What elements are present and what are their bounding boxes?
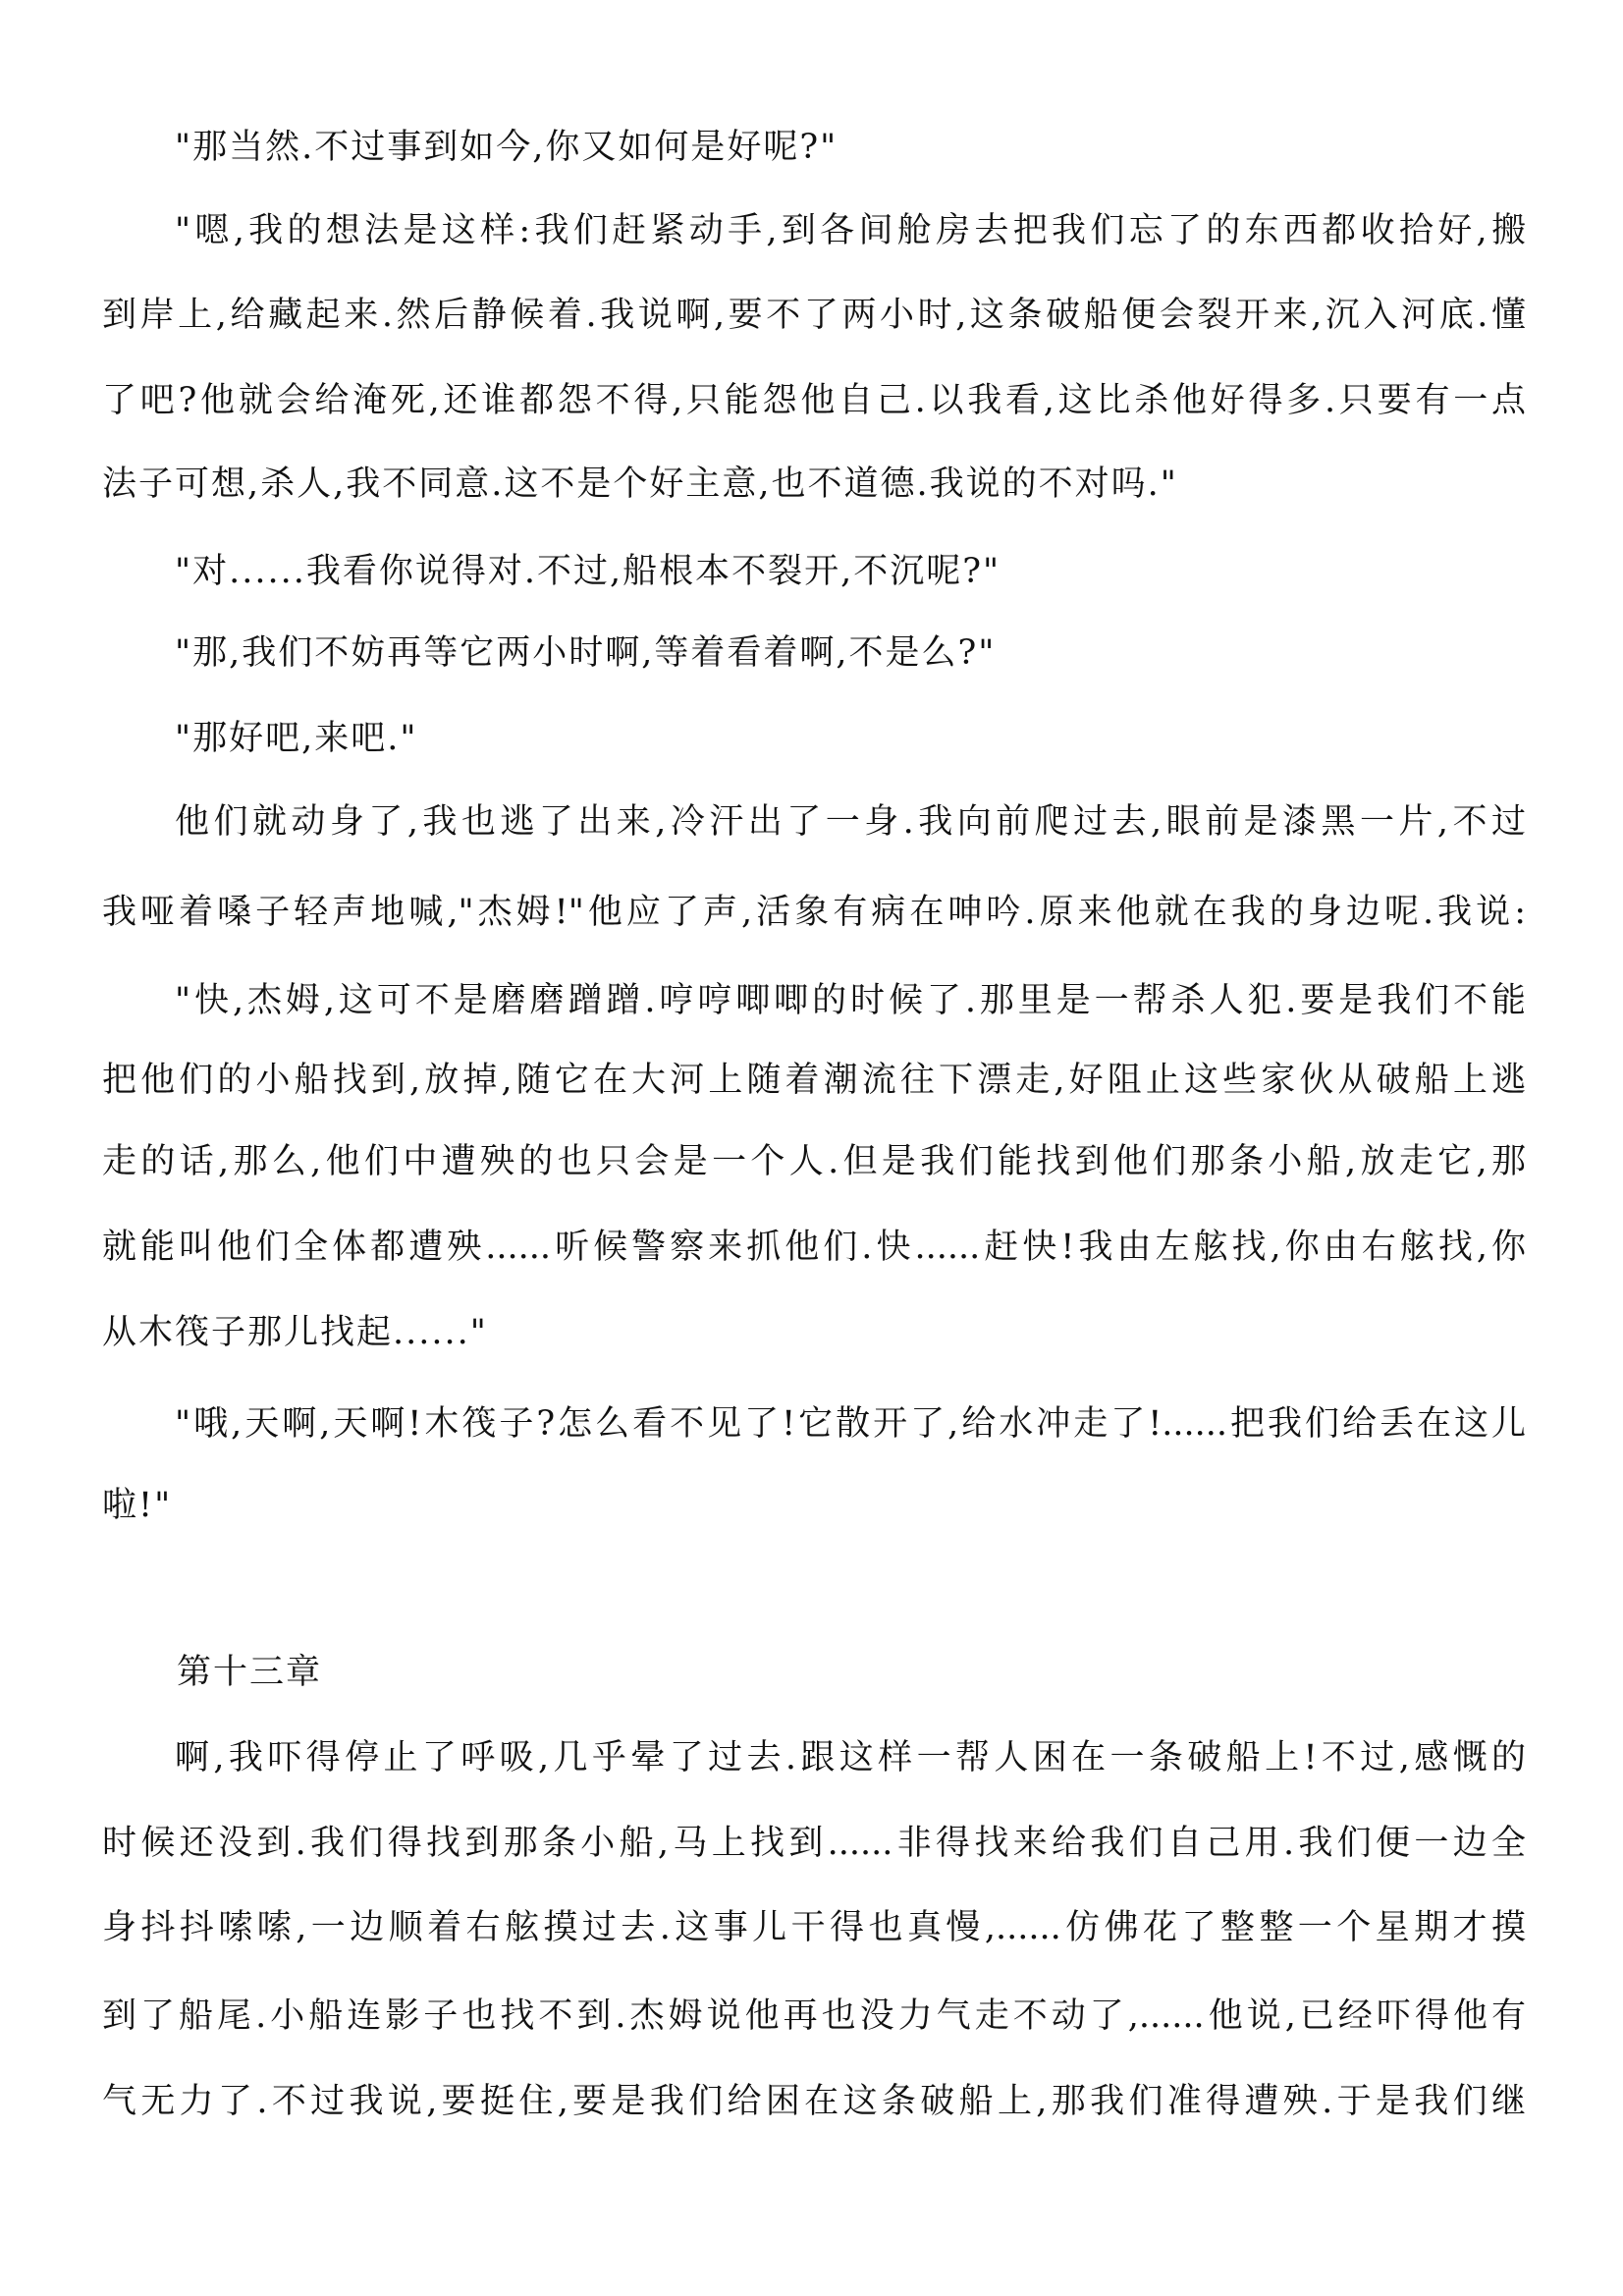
paragraph-line: 我哑着嗓子轻声地喊,"杰姆!"他应了声,活象有病在呻吟.原来他就在我的身边呢.我…: [102, 890, 1526, 935]
paragraph-line: "那,我们不妨再等它两小时啊,等着看着啊,不是么?": [102, 630, 1526, 676]
paragraph-line: 啦!": [102, 1483, 1526, 1528]
paragraph-line: 到了船尾.小船连影子也找不到.杰姆说他再也没力气走不动了,......他说,已经…: [102, 1994, 1526, 2039]
paragraph-line: 把他们的小船找到,放掉,随它在大河上随着潮流往下漂走,好阻止这些家伙从破船上逃: [102, 1058, 1526, 1103]
paragraph-line: 就能叫他们全体都遭殃......听候警察来抓他们.快......赶快!我由左舷找…: [102, 1225, 1526, 1270]
paragraph-line: "快,杰姆,这可不是磨磨蹭蹭.哼哼唧唧的时候了.那里是一帮杀人犯.要是我们不能: [102, 978, 1526, 1023]
paragraph-line: "对......我看你说得对.不过,船根本不裂开,不沉呢?": [102, 549, 1526, 594]
paragraph-line: 时候还没到.我们得找到那条小船,马上找到......非得找来给我们自己用.我们便…: [102, 1821, 1526, 1866]
paragraph-line: 他们就动身了,我也逃了出来,冷汗出了一身.我向前爬过去,眼前是漆黑一片,不过: [102, 799, 1526, 845]
paragraph-line: 从木筏子那儿找起......": [102, 1310, 1526, 1355]
paragraph-line: "嗯,我的想法是这样:我们赶紧动手,到各间舱房去把我们忘了的东西都收拾好,搬: [102, 208, 1526, 253]
paragraph-line: "那好吧,来吧.": [102, 716, 1526, 761]
paragraph-line: 走的话,那么,他们中遭殃的也只会是一个人.但是我们能找到他们那条小船,放走它,那: [102, 1139, 1526, 1184]
paragraph-line: 身抖抖嗦嗦,一边顺着右舷摸过去.这事儿干得也真慢,......仿佛花了整整一个星…: [102, 1905, 1526, 1950]
paragraph-line: 了吧?他就会给淹死,还谁都怨不得,只能怨他自己.以我看,这比杀他好得多.只要有一…: [102, 378, 1526, 423]
document-page: "那当然.不过事到如今,你又如何是好呢?" "嗯,我的想法是这样:我们赶紧动手,…: [0, 0, 1623, 2296]
paragraph-line: "哦,天啊,天啊!木筏子?怎么看不见了!它散开了,给水冲走了!......把我们…: [102, 1401, 1526, 1447]
paragraph-line: "那当然.不过事到如今,你又如何是好呢?": [102, 125, 1526, 170]
paragraph-line: 到岸上,给藏起来.然后静候着.我说啊,要不了两小时,这条破船便会裂开来,沉入河底…: [102, 293, 1526, 338]
paragraph-line: 啊,我吓得停止了呼吸,几乎晕了过去.跟这样一帮人困在一条破船上!不过,感慨的: [102, 1735, 1526, 1780]
paragraph-line: 气无力了.不过我说,要挺住,要是我们给困在这条破船上,那我们准得遭殃.于是我们继: [102, 2079, 1526, 2124]
paragraph-line: 法子可想,杀人,我不同意.这不是个好主意,也不道德.我说的不对吗.": [102, 462, 1526, 507]
chapter-heading: 第十三章: [177, 1650, 322, 1695]
